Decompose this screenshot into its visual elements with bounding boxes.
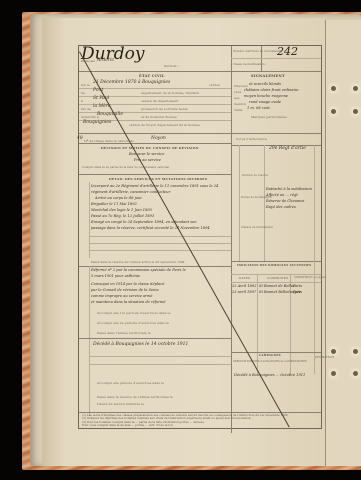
more-period-2: Passé dans la réserve de l'armée territo… bbox=[97, 395, 173, 399]
address-subdivision-1: Paris bbox=[293, 284, 302, 288]
divider bbox=[79, 174, 231, 175]
signalement-label-5: Taille bbox=[234, 108, 243, 112]
line5-value: Bouquinille bbox=[97, 112, 123, 117]
divider bbox=[79, 266, 231, 267]
passed-reserve: Passé dans la réserve de l'armée active … bbox=[91, 260, 185, 264]
divider bbox=[239, 145, 240, 261]
etat-civil-title: ÉTAT CIVIL bbox=[139, 74, 165, 78]
divider bbox=[79, 143, 231, 144]
campaigns-title: CAMPAGNES bbox=[259, 354, 281, 357]
divider bbox=[79, 71, 321, 72]
rule bbox=[89, 243, 231, 244]
death-note: Décédé à Bouquignies le 14 octobre 1911 bbox=[93, 342, 188, 347]
binding-hole bbox=[353, 109, 358, 114]
signalement-value-5: 1 m. 68 cent. bbox=[247, 106, 271, 110]
divider bbox=[89, 266, 90, 416]
born-value: 21 Décembre 1870 à Bouquignies bbox=[93, 80, 170, 85]
binding-hole bbox=[353, 349, 358, 354]
rule bbox=[231, 282, 321, 283]
service-line-8: passage dans la réserve, certificat acco… bbox=[91, 226, 210, 230]
position-label-1: Position de réserve bbox=[242, 174, 268, 177]
rule bbox=[89, 250, 231, 251]
line5-suffix: et de Domicile Bourse bbox=[141, 115, 177, 119]
born-label: Né le bbox=[81, 83, 90, 87]
binding-hole bbox=[331, 349, 336, 354]
reserve-line-1: Réformé nº 2 par la commission spéciale … bbox=[91, 268, 186, 272]
signalement-title: SIGNALEMENT bbox=[251, 74, 285, 78]
rule bbox=[89, 356, 231, 357]
classe-note: Compris dans la 2e partie de la liste du… bbox=[82, 166, 169, 169]
signalement-value-1: et sourcils blonds bbox=[249, 82, 281, 86]
divider bbox=[79, 133, 321, 134]
line6-value: Bouquignies bbox=[83, 120, 111, 125]
divider bbox=[89, 182, 90, 258]
period-3: Passé dans l'armée territoriale le bbox=[97, 331, 151, 335]
addresses-header-date: DATES bbox=[239, 276, 250, 280]
register-form: Durdoy Prénoms : Ardéric Surnom : Numéro… bbox=[78, 45, 322, 429]
matricule-label: Numéro matricule du recrutement : bbox=[233, 50, 284, 53]
tirage-number: 48 bbox=[77, 136, 83, 141]
divider bbox=[231, 58, 321, 59]
divider bbox=[79, 338, 231, 339]
addresses-header-subdivision: SUBDIVISION de région bbox=[294, 276, 326, 279]
reserve-line-3: Convoqué en 1914 par la classe déplacé bbox=[91, 282, 164, 286]
line2-suffix: département de la Somme, résidant bbox=[141, 91, 199, 95]
binding-hole bbox=[331, 371, 336, 376]
line2-label: de bbox=[81, 91, 85, 95]
reserve-line-2: 5 mars 1901 pour asthénie bbox=[91, 274, 140, 278]
signalement-value-4: rond visage ovale bbox=[249, 100, 281, 104]
position-entry-2: Affecté au ... régt bbox=[266, 193, 298, 197]
more-period-3: Libéré du service militaire le bbox=[97, 402, 144, 406]
classe-label: Classe de mobilisation : bbox=[233, 63, 267, 66]
divider bbox=[264, 145, 265, 261]
position-label-3: Classes de mobilisation bbox=[241, 226, 273, 229]
footnote-4: Pour ceux compris dans la 4e liste ... p… bbox=[82, 424, 318, 427]
address-subdivision-2: Paris bbox=[293, 290, 302, 294]
addresses-header-commune: COMMUNES bbox=[267, 276, 288, 280]
addresses-title: INDICATION DES DOMICILES SUCCESSIFS bbox=[237, 264, 311, 267]
position-entry-4: Rayé des cadres bbox=[266, 205, 296, 209]
signalement-label-2: yeux bbox=[234, 90, 242, 94]
line4-suffix: profession de Lorraine Senié bbox=[141, 107, 188, 111]
divider bbox=[231, 261, 321, 262]
campaign-header-1: DÉSIGNATION bbox=[233, 360, 252, 363]
service-line-5: Maréchal des logis le 1 Juin 1893 bbox=[91, 208, 152, 212]
divider bbox=[231, 71, 232, 133]
address-date-2: 23 avril 1897 bbox=[232, 290, 256, 294]
position-entry-3: Réserve de Chaumes bbox=[266, 199, 304, 203]
service-line-7: Envoyé en congé le 24 Septembre 1894, en… bbox=[91, 220, 197, 224]
decision-title: DÉCISION ET MOTIFS DU CONSEIL DE RÉVISIO… bbox=[101, 146, 199, 150]
line4-label: fils de bbox=[81, 107, 91, 111]
matricule-number: 242 bbox=[277, 45, 298, 58]
divider bbox=[231, 133, 232, 433]
marques-label: Marques particulières bbox=[251, 115, 287, 119]
service-line-6: Passé au 7e Rég. le 12 Juillet 1893 bbox=[91, 214, 154, 218]
signalement-value-2: châtains clairs front ordinaire bbox=[244, 88, 299, 92]
divider bbox=[231, 352, 321, 353]
corps-label: Corps d'affectation bbox=[236, 137, 267, 141]
divider bbox=[257, 274, 258, 374]
period-1: Accompli une 1re période d'exercices dan… bbox=[97, 311, 170, 315]
binding-hole bbox=[331, 109, 336, 114]
tirage-place: Noyon bbox=[151, 136, 166, 141]
signalement-value-3: moyen bouche moyenne bbox=[244, 94, 288, 98]
binding-hole bbox=[353, 86, 358, 91]
reserve-line-6: et maintenu dans la situation de réformé bbox=[91, 300, 166, 304]
binding-hole bbox=[331, 86, 336, 91]
rule bbox=[89, 364, 231, 365]
footnotes: (1) Les noms d'hommes des classes prépar… bbox=[82, 414, 318, 428]
reserve-line-4: par le Conseil de révision de la Seine bbox=[91, 288, 159, 292]
period-2: Accompli une 2e période d'exercices dans… bbox=[97, 321, 169, 325]
first-names: Ardéric bbox=[97, 58, 114, 63]
line6-suffix: canton de Noyon département de la Somme bbox=[129, 123, 200, 127]
campaign-header-4: BLESSURES bbox=[291, 360, 307, 363]
born-suffix: canton bbox=[209, 83, 220, 87]
service-line-3: Arrivé au corps le dit jour bbox=[95, 196, 142, 200]
service-line-4: Brigadier le 11 Mai 1892 bbox=[91, 202, 137, 206]
affectation: 29e Régt d'artie bbox=[269, 146, 306, 151]
address-date-1: 22 Avril 1892 bbox=[232, 284, 257, 288]
rule bbox=[231, 274, 321, 275]
signalement-label-3: nez bbox=[234, 96, 240, 100]
surnom-label: Surnom : bbox=[164, 64, 179, 68]
campaign-header-3: DATES de sortie bbox=[271, 360, 292, 363]
services-title: DÉTAIL DES SERVICES ET MUTATIONS DIVERSE… bbox=[109, 177, 207, 181]
address-commune-1: St Bonnet de Bellac bbox=[259, 284, 295, 288]
decorations-title: DÉCORATIONS bbox=[315, 356, 334, 359]
reserve-line-5: comme impropre au service armé bbox=[91, 294, 152, 298]
signalement-label-4: menton bbox=[234, 102, 246, 106]
more-period-1: Accompli une période d'exercices dans le bbox=[97, 381, 164, 385]
position-entry-1: Rattaché à la subdivision bbox=[266, 187, 312, 191]
rule bbox=[89, 236, 231, 237]
divider bbox=[314, 145, 315, 261]
divider bbox=[290, 274, 291, 374]
line3-suffix: canton de département bbox=[141, 99, 179, 103]
binding-hole bbox=[353, 371, 358, 376]
campaigns-note: Décédé à Bouquignies ... Octobre 1911 bbox=[234, 373, 305, 377]
line3-label: à bbox=[81, 99, 83, 103]
